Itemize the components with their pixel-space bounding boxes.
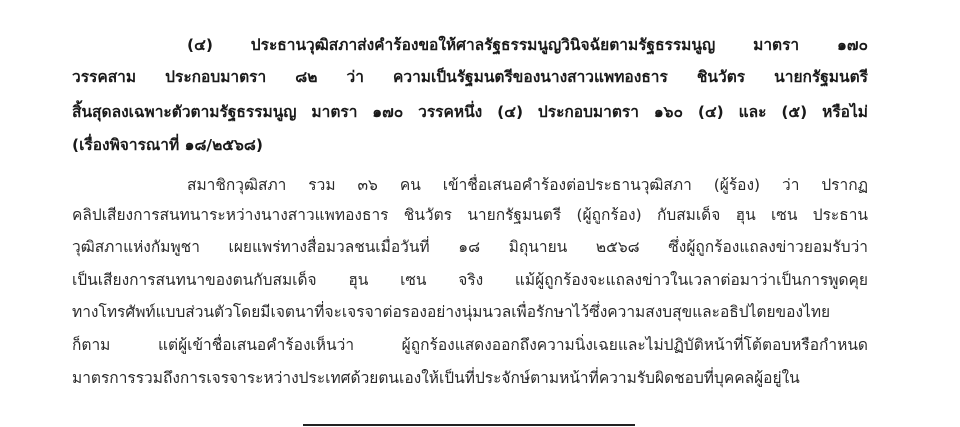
document-page: (๔) ประธานวุฒิสภาส่งคำร้องขอให้ศาลรัฐธรร… bbox=[0, 0, 960, 427]
heading-line-1: (๔) ประธานวุฒิสภาส่งคำร้องขอให้ศาลรัฐธรร… bbox=[187, 31, 868, 59]
footnote-separator bbox=[303, 424, 635, 426]
body-line-6: ก็ตาม แต่ผู้เข้าชื่อเสนอคำร้องเห็นว่า ผู… bbox=[72, 331, 868, 359]
heading-line-3: สิ้นสุดลงเฉพาะตัวตามรัฐธรรมนูญ มาตรา ๑๗๐… bbox=[72, 98, 868, 126]
body-line-3: วุฒิสภาแห่งกัมพูชา เผยแพร่ทางสื่อมวลชนเม… bbox=[72, 233, 868, 261]
body-line-2: คลิปเสียงการสนทนาระหว่างนางสาวแพทองธาร ช… bbox=[72, 201, 868, 229]
heading-line-4: (เรื่องพิจารณาที่ ๑๘/๒๕๖๘) bbox=[72, 131, 868, 159]
heading-line-2: วรรคสาม ประกอบมาตรา ๘๒ ว่า ความเป็นรัฐมน… bbox=[72, 63, 868, 91]
body-line-5: ทางโทรศัพท์แบบส่วนตัวโดยมีเจตนาที่จะเจรจ… bbox=[72, 298, 868, 326]
body-line-7: มาตรการรวมถึงการเจรจาระหว่างประเทศด้วยตน… bbox=[72, 364, 868, 392]
body-line-4: เป็นเสียงการสนทนาของตนกับสมเด็จ ฮุน เซน … bbox=[72, 266, 868, 294]
body-line-1: สมาชิกวุฒิสภา รวม ๓๖ คน เข้าชื่อเสนอคำร้… bbox=[187, 171, 868, 199]
